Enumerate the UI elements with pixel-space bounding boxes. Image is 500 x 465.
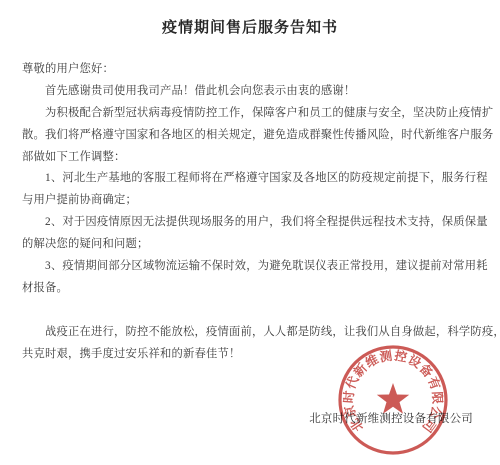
text-line-salutation: 尊敬的用户您好：: [22, 59, 492, 81]
text-line-closing: 战疫正在进行，防控不能放松，疫情面前，人人都是防线，让我们从自身做起，科学防疫，: [22, 322, 492, 344]
document-page: 疫情期间售后服务告知书 尊敬的用户您好： 首先感谢贵司使用我司产品！借此机会向您…: [0, 0, 500, 465]
text-line: 散。我们将严格遵守国家和各地区的相关规定，避免造成群聚性传播风险，时代新维客户服…: [22, 125, 492, 147]
text-line: 的解决您的疑问和问题；: [22, 234, 492, 256]
company-seal-stamp: 北京时代新维测控设备有限公司: [336, 343, 450, 457]
blank-line: [22, 300, 492, 322]
text-line-item-1: 1、河北生产基地的客服工程师将在严格遵守国家及各地区的防疫规定前提下，服务行程: [22, 168, 492, 190]
document-title: 疫情期间售后服务告知书: [0, 16, 500, 37]
text-line: 部做如下工作调整：: [22, 147, 492, 169]
text-line-item-3: 3、疫情期间部分区域物流运输不保时效，为避免耽误仪表正常投用，建议提前对常用耗: [22, 256, 492, 278]
document-body: 尊敬的用户您好： 首先感谢贵司使用我司产品！借此机会向您表示由衷的感谢！ 为积极…: [22, 59, 492, 365]
text-line: 首先感谢贵司使用我司产品！借此机会向您表示由衷的感谢！: [22, 81, 492, 103]
text-line: 材报备。: [22, 278, 492, 300]
text-line-item-2: 2、对于因疫情原因无法提供现场服务的用户，我们将全程提供远程技术支持，保质保量: [22, 212, 492, 234]
seal-star-icon: [377, 383, 409, 414]
text-line: 为积极配合新型冠状病毒疫情防控工作，保障客户和员工的健康与安全，坚决防止疫情扩: [22, 103, 492, 125]
text-line: 与用户提前协商确定；: [22, 190, 492, 212]
